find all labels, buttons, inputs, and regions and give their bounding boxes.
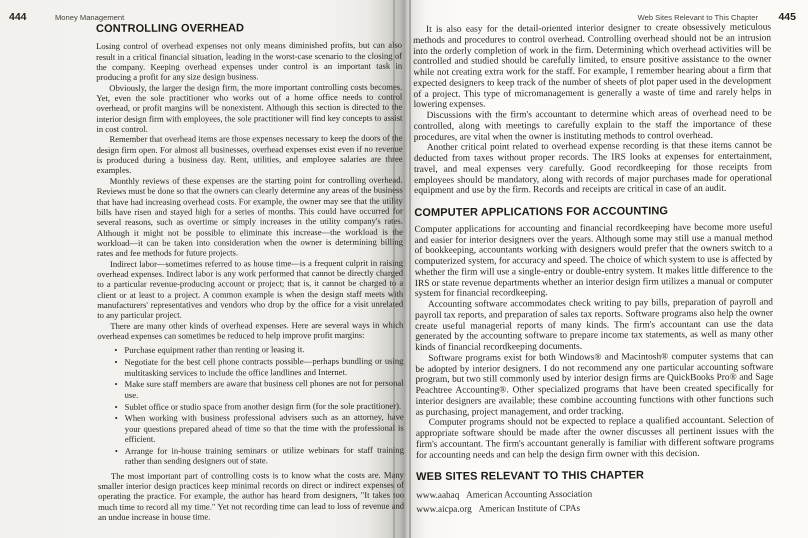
right-running-title: Web Sites Relevant to This Chapter [638,13,758,22]
list-item: Make sure staff members are aware that b… [125,378,404,400]
section-heading-controlling-overhead: CONTROLLING OVERHEAD [96,23,402,35]
left-page-number: 444 [9,11,27,23]
book-spread: 444 Money Management CONTROLLING OVERHEA… [0,0,808,538]
list-item: Negotiate for the best cell phone contra… [124,356,403,378]
web-site-url: www.aicpa.org [416,503,471,513]
overhead-reduction-list: Purchase equipment rather than renting o… [97,344,404,467]
paragraph: Accounting software accommodates check w… [415,297,773,353]
page-left: 444 Money Management CONTROLLING OVERHEA… [0,0,404,538]
paragraph: Computer programs should not be expected… [416,416,774,461]
left-page-body: CONTROLLING OVERHEAD Losing control of o… [96,23,404,538]
paragraph: Monthly reviews of these expenses are th… [97,174,403,258]
web-site-url: www.aahaq [416,490,459,500]
paragraph: The most important part of controlling c… [98,469,404,522]
web-site-name: American Institute of CPAs [479,502,581,513]
list-item: Sublet office or studio space from anoth… [125,400,404,412]
list-item: Arrange for in-house training seminars o… [125,445,404,467]
right-page-number: 445 [778,11,796,23]
paragraph: Indirect labor—sometimes referred to as … [97,257,403,320]
paragraph: Discussions with the firm's accountant t… [414,108,772,143]
list-item: When working with business professional … [125,412,404,444]
paragraph: Another critical point related to overhe… [414,141,772,197]
paragraph: Computer applications for accounting and… [414,222,773,300]
left-running-title: Money Management [55,13,124,22]
page-right: Web Sites Relevant to This Chapter 445 I… [404,0,808,538]
web-site-entry: www.aicpa.org American Institute of CPAs [416,500,774,516]
paragraph: Losing control of overhead expenses not … [96,40,402,83]
right-page-body: It is also easy for the detail-oriented … [413,23,775,538]
list-item: Purchase equipment rather than renting o… [124,344,403,356]
paragraph: There are many other kinds of overhead e… [97,319,403,341]
section-heading-web-sites: WEB SITES RELEVANT TO THIS CHAPTER [416,470,774,483]
web-site-list: www.aahaq American Accounting Associatio… [416,486,774,515]
paragraph: Remember that overhead items are those e… [96,133,402,176]
paragraph: It is also easy for the detail-oriented … [413,23,772,111]
paragraph: Software programs exist for both Windows… [415,351,773,418]
paragraph: Obviously, the larger the design firm, t… [96,81,402,134]
section-heading-computer-applications: COMPUTER APPLICATIONS FOR ACCOUNTING [414,205,772,218]
page-gutter-crease [409,0,411,538]
page-gutter-crease [393,0,395,538]
web-site-name: American Accounting Association [466,489,592,500]
